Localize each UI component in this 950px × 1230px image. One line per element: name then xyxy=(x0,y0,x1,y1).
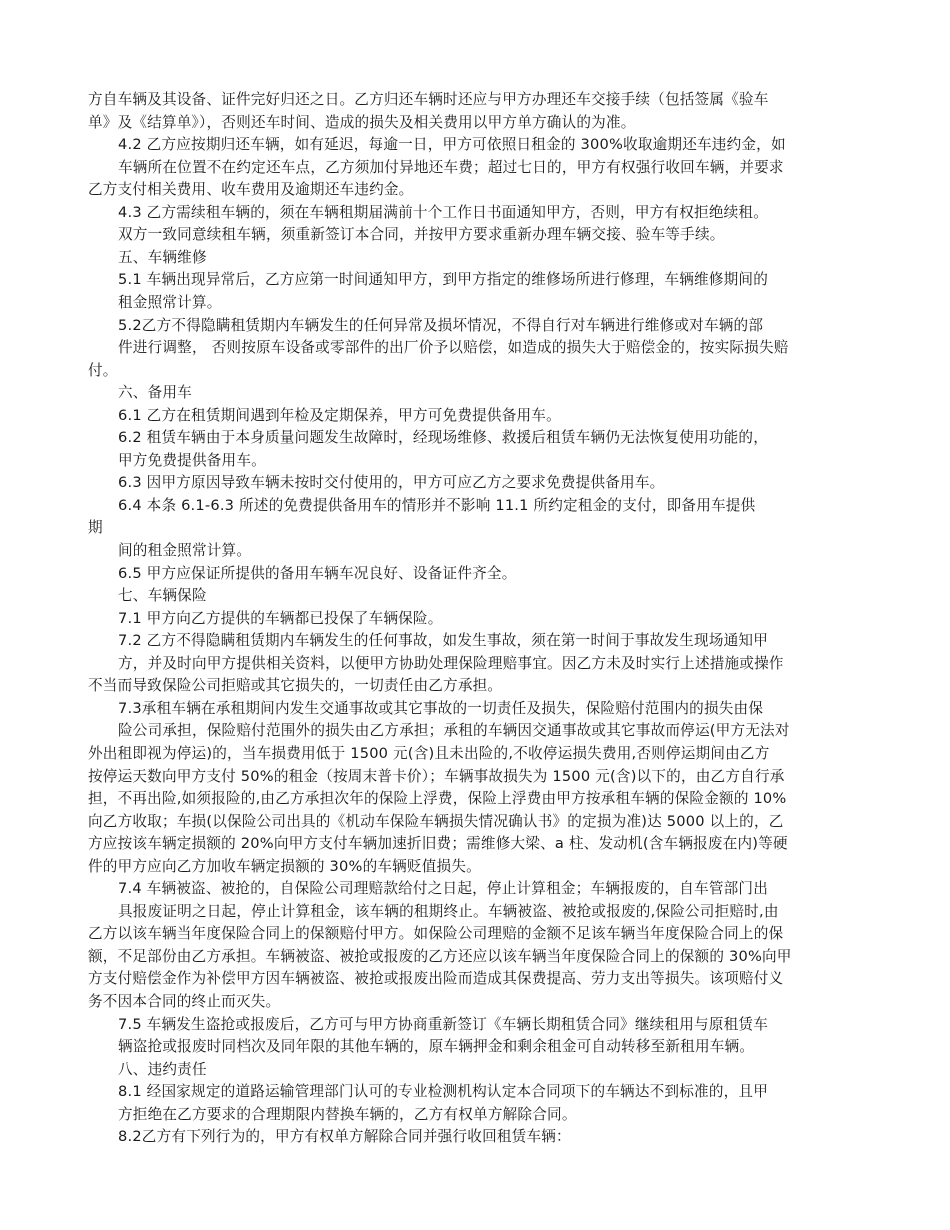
document-line: 七、车辆保险 xyxy=(118,586,207,606)
document-line: 方拒绝在乙方要求的合理期限内替换车辆的，乙方有权单方解除合同。 xyxy=(118,1105,577,1125)
document-line: 5.2乙方不得隐瞒租赁期内车辆发生的任何异常及损坏情况，不得自行对车辆进行维修或… xyxy=(118,316,763,336)
document-line: 期 xyxy=(88,518,103,538)
document-line: 乙方以该车辆当年度保险合同上的保额赔付甲方。如保险公司理赔的金额不足该车辆当年度… xyxy=(88,924,783,944)
document-line: 7.5 车辆发生盗抢或报废后，乙方可与甲方协商重新签订《车辆长期租赁合同》继续租… xyxy=(118,1015,768,1035)
document-line: 甲方免费提供备用车。 xyxy=(118,451,266,471)
document-line: 付。 xyxy=(88,361,118,381)
document-line: 7.1 甲方向乙方提供的车辆都已投保了车辆保险。 xyxy=(118,609,443,629)
document-line: 5.1 车辆出现异常后，乙方应第一时间通知甲方，到甲方指定的维修场所进行修理，车… xyxy=(118,270,768,290)
document-line: 务不因本合同的终止而灭失。 xyxy=(88,992,280,1012)
document-line: 7.3承租车辆在承租期间内发生交通事故或其它事故的一切责任及损失，保险赔付范围内… xyxy=(118,699,763,719)
document-line: 外出租即视为停运)的，当车损费用低于 1500 元(含)且未出险的,不收停运损失… xyxy=(88,744,770,764)
document-line: 具报废证明之日起，停止计算租金，该车辆的租期终止。车辆被盗、被抢或报废的,保险公… xyxy=(118,902,779,922)
document-line: 7.2 乙方不得隐瞒租赁期内车辆发生的任何事故，如发生事故，须在第一时间于事故发… xyxy=(118,631,768,651)
document-line: 6.2 租赁车辆由于本身质量问题发生故障时，经现场维修、救援后租赁车辆仍无法恢复… xyxy=(118,428,768,448)
document-line: 五、车辆维修 xyxy=(118,248,207,268)
document-line: 7.4 车辆被盗、被抢的，自保险公司理赔款给付之日起，停止计算租金；车辆报废的，… xyxy=(118,879,768,899)
document-line: 险公司承担，保险赔付范围外的损失由乙方承担；承租的车辆因交通事故或其它事故而停运… xyxy=(118,721,790,741)
document-line: 件的甲方应向乙方加收车辆定损额的 30%的车辆贬值损失。 xyxy=(88,857,481,877)
document-page: 方自车辆及其设备、证件完好归还之日。乙方归还车辆时还应与甲方办理还车交接手续（包… xyxy=(0,0,950,1230)
document-line: 方自车辆及其设备、证件完好归还之日。乙方归还车辆时还应与甲方办理还车交接手续（包… xyxy=(88,90,769,110)
document-line: 不当而导致保险公司拒赔或其它损失的，一切责任由乙方承担。 xyxy=(88,676,502,696)
document-line: 双方一致同意续租车辆，须重新签订本合同，并按甲方要求重新办理车辆交接、验车等手续… xyxy=(118,225,725,245)
document-line: 担，不再出险,如须报险的,由乙方承担次年的保险上浮费，保险上浮费由甲方按承租车辆… xyxy=(88,789,786,809)
document-line: 按停运天数向甲方支付 50%的租金（按周末普卡价）；车辆事故损失为 1500 元… xyxy=(88,767,785,787)
document-line: 方，并及时向甲方提供相关资料，以便甲方协助处理保险理赔事宜。因乙方未及时实行上述… xyxy=(118,654,784,674)
document-line: 4.3 乙方需续租车辆的，须在车辆租期届满前十个工作日书面通知甲方，否则，甲方有… xyxy=(118,203,768,223)
document-line: 辆盗抢或报废时同档次及同年限的其他车辆的，原车辆押金和剩余租金可自动转移至新租用… xyxy=(118,1037,754,1057)
document-line: 6.1 乙方在租赁期间遇到年检及定期保养，甲方可免费提供备用车。 xyxy=(118,406,561,426)
document-line: 8.2乙方有下列行为的，甲方有权单方解除合同并强行收回租赁车辆： xyxy=(118,1127,571,1147)
document-line: 4.2 乙方应按期归还车辆，如有延迟，每逾一日，甲方可依照日租金的 300%收取… xyxy=(118,135,786,155)
document-line: 向乙方收取；车损(以保险公司出具的《机动车保险车辆损失情况确认书》的定损为准)达… xyxy=(88,812,784,832)
document-line: 件进行调整， 否则按原车设备或零部件的出厂价予以赔偿，如造成的损失大于赔偿金的，… xyxy=(118,338,789,358)
document-line: 租金照常计算。 xyxy=(118,293,222,313)
document-line: 6.4 本条 6.1-6.3 所述的免费提供备用车的情形并不影响 11.1 所约… xyxy=(118,496,755,516)
document-line: 8.1 经国家规定的道路运输管理部门认可的专业检测机构认定本合同项下的车辆达不到… xyxy=(118,1082,768,1102)
document-line: 六、备用车 xyxy=(118,383,192,403)
document-line: 单》及《结算单》），否则还车时间、造成的损失及相关费用以甲方单方确认的为准。 xyxy=(88,113,636,133)
document-line: 方支付赔偿金作为补偿甲方因车辆被盗、被抢或报废出险而造成其保费提高、劳力支出等损… xyxy=(88,969,783,989)
document-line: 额，不足部份由乙方承担。车辆被盗、被抢或报废的乙方还应以该车辆当年度保险合同上的… xyxy=(88,947,792,967)
document-line: 6.5 甲方应保证所提供的备用车辆车况良好、设备证件齐全。 xyxy=(118,564,517,584)
document-line: 乙方支付相关费用、收车费用及逾期还车违约金。 xyxy=(88,180,413,200)
document-line: 6.3 因甲方原因导致车辆未按时交付使用的，甲方可应乙方之要求免费提供备用车。 xyxy=(118,473,664,493)
document-line: 八、违约责任 xyxy=(118,1060,207,1080)
document-line: 车辆所在位置不在约定还车点，乙方须加付异地还车费；超过七日的，甲方有权强行收回车… xyxy=(118,158,784,178)
document-line: 方应按该车辆定损额的 20%向甲方支付车辆加速折旧费；需维修大梁、a 柱、发动机… xyxy=(88,834,788,854)
document-line: 间的租金照常计算。 xyxy=(118,541,251,561)
